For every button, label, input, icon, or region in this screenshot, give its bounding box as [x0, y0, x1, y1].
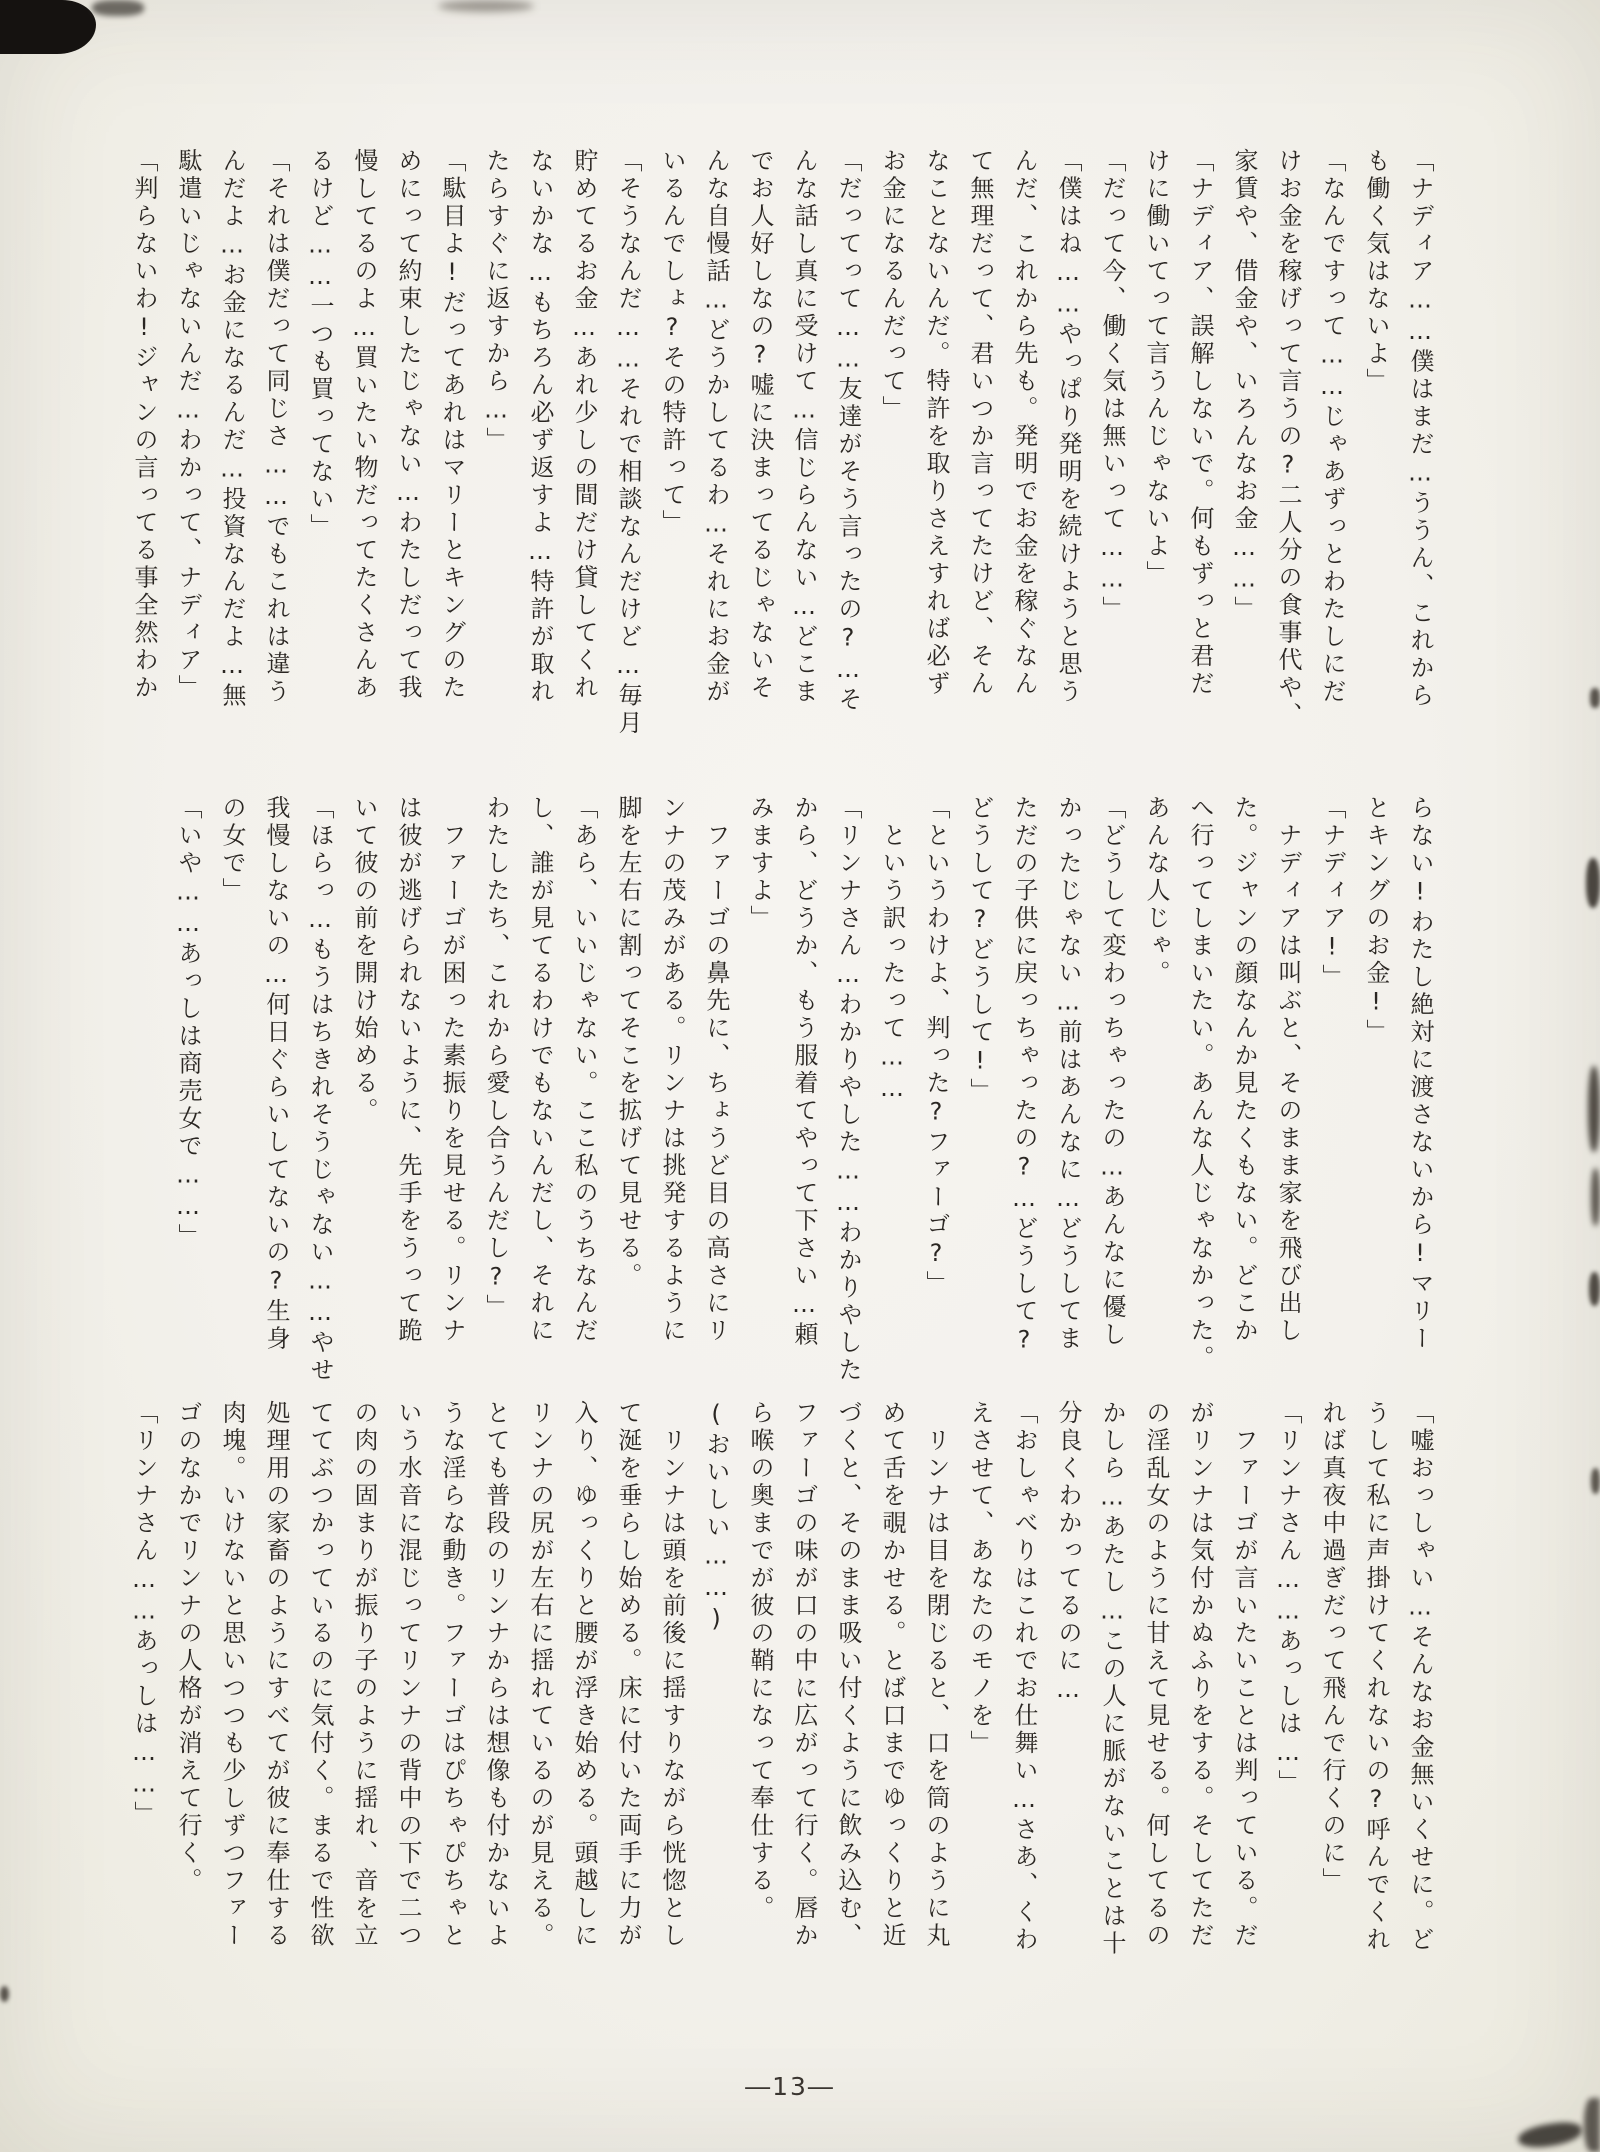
text-column: 「リンナさん……あっしは…」 [1266, 1400, 1310, 1970]
text-column: から、どうか、もう服着てやって下さい…頼 [782, 795, 826, 1365]
text-column: らない!わたし絶対に渡さないから!マリー [1398, 795, 1442, 1365]
text-column: 「僕はね……やっぱり発明を続けようと思う [1046, 148, 1090, 732]
text-column: ファーゴの鼻先に、ちょうど目の高さにリ [694, 795, 738, 1365]
scan-artifact-bottom-right [1517, 2120, 1583, 2151]
text-column: 「リンナさん……あっしは……」 [122, 1400, 166, 1970]
text-column: 「ナディア……僕はまだ…ううん、これから [1398, 148, 1442, 732]
text-column: リンナの尻が左右に揺れているのが見える。 [518, 1400, 562, 1970]
text-column: づくと、そのまま吸い付くように飲み込む、 [826, 1400, 870, 1970]
text-column: ててぶつかっているのに気付く。まるで性欲 [298, 1400, 342, 1970]
text-block-top: 「ナディア……僕はまだ…ううん、これからも働く気はないよ」「なんですって……じゃ… [122, 148, 1442, 732]
text-column: なことないんだ。特許を取りさえすれば必ず [914, 148, 958, 732]
text-column: 処理用の家畜のようにすべてが彼に奉仕する [254, 1400, 298, 1970]
text-column: 家賃や、借金や、いろんなお金……」 [1222, 148, 1266, 732]
text-column: とキングのお金!」 [1354, 795, 1398, 1365]
scan-artifact-right-edge [1591, 1168, 1600, 1226]
text-column: 「リンナさん…わかりやした……わかりやした [826, 795, 870, 1365]
text-column: めにって約束したじゃない…わたしだって我 [386, 148, 430, 732]
text-column: ないかな…もちろん必ず返すよ…特許が取れ [518, 148, 562, 732]
text-column: 「あら、いいじゃない。ここ私のうちなんだ [562, 795, 606, 1365]
text-column: 「なんですって……じゃあずっとわたしにだ [1310, 148, 1354, 732]
text-column: がリンナは気付かぬふりをする。そしてただ [1178, 1400, 1222, 1970]
text-column: リンナは目を閉じると、口を筒のように丸 [914, 1400, 958, 1970]
text-column: うして私に声掛けてくれないの?呼んでくれ [1354, 1400, 1398, 1970]
text-column: の女で」 [210, 795, 254, 1365]
text-column: どうして?どうして!」 [958, 795, 1002, 1365]
text-column: ンナの茂みがある。リンナは挑発するように [650, 795, 694, 1365]
text-column: たらすぐに返すから…」 [474, 148, 518, 732]
text-column: 入り、ゆっくりと腰が浮き始める。頭越しに [562, 1400, 606, 1970]
text-column: 「どうして変わっちゃったの…あんなに優し [1090, 795, 1134, 1365]
text-column: 「だってって……友達がそう言ったの?…そ [826, 148, 870, 732]
text-column: て無理だって、君いつか言ってたけど、そん [958, 148, 1002, 732]
scan-artifact-right-edge [1590, 688, 1600, 708]
text-column: んな自慢話…どうかしてるわ…それにお金が [694, 148, 738, 732]
scan-artifact-right-edge [1588, 1066, 1600, 1152]
text-column: 脚を左右に割ってそこを拡げて見せる。 [606, 795, 650, 1365]
text-column: けに働いてって言うんじゃないよ」 [1134, 148, 1178, 732]
text-column: ファーゴの味が口の中に広がって行く。唇か [782, 1400, 826, 1970]
text-block-middle: らない!わたし絶対に渡さないから!マリーとキングのお金!」「ナディア!」 ナディ… [166, 795, 1442, 1365]
text-column: ナディアは叫ぶと、そのまま家を飛び出し [1266, 795, 1310, 1365]
text-column: 駄遣いじゃないんだ…わかって、ナディア」 [166, 148, 210, 732]
text-column: いるんでしょ?その特許って」 [650, 148, 694, 732]
text-column: ファーゴが困った素振りを見せる。リンナ [430, 795, 474, 1365]
text-column: リンナは頭を前後に揺すりながら恍惚とし [650, 1400, 694, 1970]
text-column: の肉の固まりが振り子のように揺れ、音を立 [342, 1400, 386, 1970]
text-column: 「ナディア、誤解しないで。何もずっと君だ [1178, 148, 1222, 732]
text-column: 「いや……あっしは商売女で……」 [166, 795, 210, 1365]
text-column: 「というわけよ、判った?ファーゴ?」 [914, 795, 958, 1365]
text-column: へ行ってしまいたい。あんな人じゃなかった。 [1178, 795, 1222, 1365]
text-column: いう水音に混じってリンナの背中の下で二つ [386, 1400, 430, 1970]
text-column: は彼が逃げられないように、先手をうって跪 [386, 795, 430, 1365]
text-column: れば真夜中過ぎだって飛んで行くのに」 [1310, 1400, 1354, 1970]
text-column: お金になるんだって」 [870, 148, 914, 732]
scan-artifact-top-left-smudge [92, 0, 144, 16]
text-column: 「だって今、働く気は無いって……」 [1090, 148, 1134, 732]
scan-artifact-top-smudge [438, 0, 534, 12]
text-column: 我慢しないの…何日ぐらいしてないの?生身 [254, 795, 298, 1365]
text-column: んな話し真に受けて…信じらんない…どこま [782, 148, 826, 732]
scan-artifact-right-edge [1589, 1272, 1600, 1306]
text-column: んだ、これから先も。発明でお金を稼ぐなん [1002, 148, 1046, 732]
text-column: ファーゴが言いたいことは判っている。だ [1222, 1400, 1266, 1970]
text-column: あんな人じゃ。 [1134, 795, 1178, 1365]
scan-artifact-corner-top-left [0, 0, 96, 54]
text-column: 分良くわかってるのに… [1046, 1400, 1090, 1970]
text-column: かったじゃない…前はあんなに…どうしてま [1046, 795, 1090, 1365]
text-column: ら喉の奥までが彼の鞘になって奉仕する。 [738, 1400, 782, 1970]
text-column: めて舌を覗かせる。とば口までゆっくりと近 [870, 1400, 914, 1970]
text-column: 慢してるのよ…買いたい物だってたくさんあ [342, 148, 386, 732]
text-column: 「それは僕だって同じさ……でもこれは違う [254, 148, 298, 732]
text-column: とても普段のリンナからは想像も付かないよ [474, 1400, 518, 1970]
text-column: みますよ」 [738, 795, 782, 1365]
text-column: 「嘘おっしゃい…そんなお金無いくせに。ど [1398, 1400, 1442, 1970]
text-block-bottom: 「嘘おっしゃい…そんなお金無いくせに。どうして私に声掛けてくれないの?呼んでくれ… [122, 1400, 1442, 1970]
text-column: でお人好しなの?嘘に決まってるじゃないそ [738, 148, 782, 732]
text-column: わたしたち、これから愛し合うんだし?」 [474, 795, 518, 1365]
text-column: も働く気はないよ」 [1354, 148, 1398, 732]
text-column: 「ほらっ…もうはちきれそうじゃない……やせ [298, 795, 342, 1365]
text-column: 「そうなんだ……それで相談なんだけど…毎月 [606, 148, 650, 732]
text-column: ゴのなかでリンナの人格が消えて行く。 [166, 1400, 210, 1970]
text-column: けお金を稼げって言うの?二人分の食事代や、 [1266, 148, 1310, 732]
text-column: ただの子供に戻っちゃったの?…どうして? [1002, 795, 1046, 1365]
text-column: た。ジャンの顔なんか見たくもない。どこか [1222, 795, 1266, 1365]
text-column: の淫乱女のように甘えて見せる。何してるの [1134, 1400, 1178, 1970]
text-column: るけど……一つも買ってない」 [298, 148, 342, 732]
text-column: 「ナディア!」 [1310, 795, 1354, 1365]
text-column: 「駄目よ!だってあれはマリーとキングのた [430, 148, 474, 732]
scan-artifact-left-edge [0, 1986, 9, 2002]
text-column: えさせて、あなたのモノを」 [958, 1400, 1002, 1970]
text-column: (おいしい……) [694, 1400, 738, 1970]
text-column: て涎を垂らし始める。床に付いた両手に力が [606, 1400, 650, 1970]
text-column: いて彼の前を開け始める。 [342, 795, 386, 1365]
scan-artifact-right-edge [1591, 1468, 1600, 1494]
text-column: かしら…あたし…この人に脈がないことは十 [1090, 1400, 1134, 1970]
text-column: うな淫らな動き。ファーゴはぴちゃぴちゃと [430, 1400, 474, 1970]
text-column: という訳ったって…… [870, 795, 914, 1365]
scan-artifact-corner-bottom-right [1584, 2098, 1600, 2152]
scanned-page: 「ナディア……僕はまだ…ううん、これからも働く気はないよ」「なんですって……じゃ… [0, 0, 1600, 2152]
text-column: 「判らないわ!ジャンの言ってる事全然わか [122, 148, 166, 732]
page-number: ―13― [0, 2072, 1580, 2101]
text-column: んだよ…お金になるんだ…投資なんだよ…無 [210, 148, 254, 732]
scan-artifact-right-edge [1586, 858, 1600, 908]
text-column: 貯めてるお金…あれ少しの間だけ貸してくれ [562, 148, 606, 732]
text-column: 肉塊。いけないと思いつつも少しずつファー [210, 1400, 254, 1970]
text-column: し、誰が見てるわけでもないんだし、それに [518, 795, 562, 1365]
text-column: 「おしゃべりはこれでお仕舞い…さあ、くわ [1002, 1400, 1046, 1970]
